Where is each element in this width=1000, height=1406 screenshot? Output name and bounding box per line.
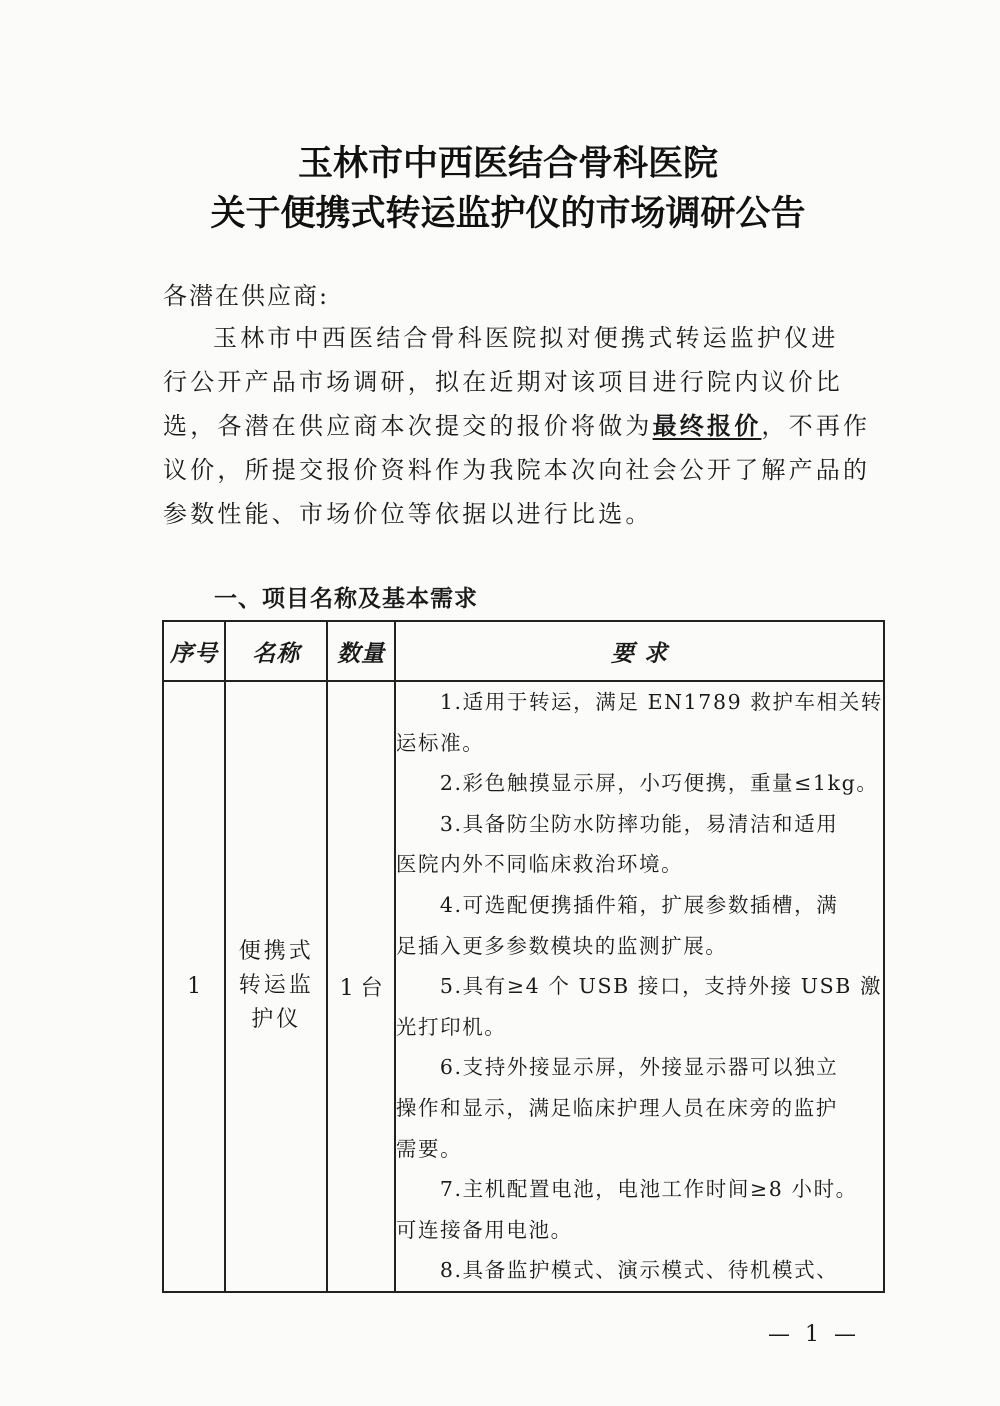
body-line-3-head: 选，各潜在供应商本次提交的报价将做为 (163, 412, 653, 440)
requirement-line: 4.可选配便携插件箱，扩展参数插槽，满 (396, 885, 883, 926)
header-requirements: 要 求 (395, 621, 884, 681)
requirement-line: 操作和显示，满足临床护理人员在床旁的监护 (396, 1088, 883, 1129)
table-row: 1 便携式 转运监 护仪 1 台 1.适用于转运，满足 EN1789 救护车相关… (163, 681, 884, 1292)
requirement-line: 6.支持外接显示屏，外接显示器可以独立 (396, 1047, 883, 1088)
header-index: 序号 (163, 621, 225, 681)
body-line-3: 选，各潜在供应商本次提交的报价将做为最终报价，不再作 (163, 404, 863, 448)
document-title-line2: 关于便携式转运监护仪的市场调研公告 (8, 186, 1000, 236)
header-name: 名称 (225, 621, 327, 681)
name-line: 转运监 (226, 969, 326, 1003)
requirement-line: 7.主机配置电池，电池工作时间≥8 小时。 (396, 1169, 883, 1210)
cell-index: 1 (163, 681, 225, 1292)
body-line-1: 玉林市中西医结合骨科医院拟对便携式转运监护仪进 (163, 316, 863, 360)
requirement-line: 2.彩色触摸显示屏，小巧便携，重量≤1kg。 (396, 763, 883, 804)
requirement-line: 需要。 (396, 1129, 883, 1170)
section-heading: 一、项目名称及基本需求 (214, 580, 478, 613)
name-line: 护仪 (226, 1003, 326, 1037)
table-header-row: 序号 名称 数量 要 求 (163, 621, 884, 681)
cell-name: 便携式 转运监 护仪 (225, 681, 327, 1292)
page-number: — 1 — (768, 1322, 860, 1347)
salutation: 各潜在供应商: (163, 276, 329, 311)
requirement-line: 1.适用于转运，满足 EN1789 救护车相关转 (396, 682, 883, 723)
requirement-line: 光打印机。 (396, 1007, 883, 1048)
requirement-line: 3.具备防尘防水防摔功能，易清洁和适用 (396, 804, 883, 845)
body-line-4: 议价，所提交报价资料作为我院本次向社会公开了解产品的 (163, 448, 863, 492)
requirement-line: 5.具有≥4 个 USB 接口，支持外接 USB 激 (396, 966, 883, 1007)
requirements-table: 序号 名称 数量 要 求 1 便携式 转运监 护仪 1 台 1.适用于转运，满足… (162, 620, 885, 1293)
name-line: 便携式 (226, 935, 326, 969)
cell-quantity: 1 台 (327, 681, 395, 1292)
requirement-line: 足插入更多参数模块的监测扩展。 (396, 926, 883, 967)
body-line-2: 行公开产品市场调研，拟在近期对该项目进行院内议价比 (163, 360, 863, 404)
document-title-line1: 玉林市中西医结合骨科医院 (8, 136, 1000, 186)
requirement-line: 运标准。 (396, 723, 883, 764)
final-quote-emphasis: 最终报价 (653, 411, 762, 440)
requirement-line: 可连接备用电池。 (396, 1210, 883, 1251)
requirement-line: 8.具备监护模式、演示模式、待机模式、 (396, 1250, 883, 1291)
requirement-line: 医院内外不同临床救治环境。 (396, 844, 883, 885)
cell-requirements: 1.适用于转运，满足 EN1789 救护车相关转 运标准。 2.彩色触摸显示屏，… (395, 681, 884, 1292)
intro-paragraph: 玉林市中西医结合骨科医院拟对便携式转运监护仪进 行公开产品市场调研，拟在近期对该… (163, 316, 863, 536)
body-line-3-tail: ，不再作 (761, 412, 870, 440)
body-line-5: 参数性能、市场价位等依据以进行比选。 (163, 492, 863, 536)
header-quantity: 数量 (327, 621, 395, 681)
